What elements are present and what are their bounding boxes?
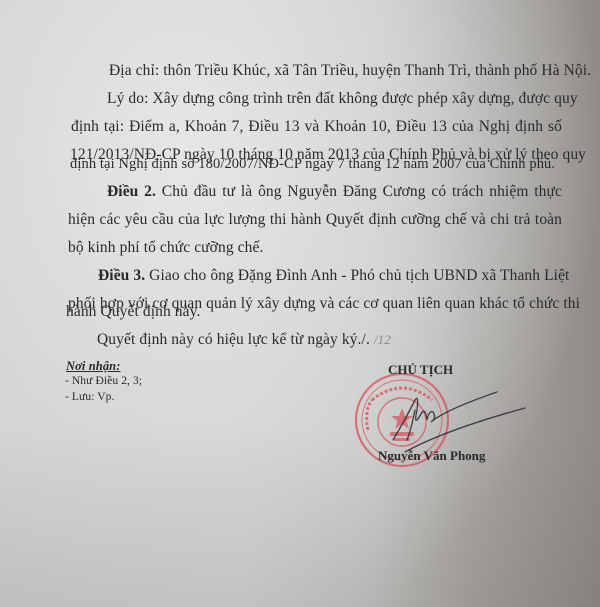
signer-name: Nguyễn Văn Phong bbox=[378, 448, 485, 464]
article-2-line-2: hiện các yêu cầu của lực lượng thi hành … bbox=[68, 208, 562, 232]
reason-line-2: định tại: Điểm a, Khoản 7, Điều 13 và Kh… bbox=[71, 115, 562, 139]
recipient-item-1: - Như Điều 2, 3; bbox=[65, 374, 142, 388]
recipients-title: Nơi nhận: bbox=[66, 358, 121, 374]
article-2-text: Chủ đầu tư là ông Nguyễn Đăng Cương có t… bbox=[156, 183, 562, 200]
address-line: Địa chỉ: thôn Triều Khúc, xã Tân Triều, … bbox=[109, 59, 591, 83]
article-2-line-3: bộ kinh phí tổ chức cưỡng chế. bbox=[68, 236, 263, 260]
article-3-text: Giao cho ông Đặng Đình Anh - Phó chủ tịc… bbox=[145, 267, 569, 284]
article-2-label: Điều 2. bbox=[107, 183, 156, 200]
reason-line-4: định tại Nghị định số 180/2007/NĐ-CP ngà… bbox=[70, 152, 555, 176]
article-2-line-1: Điều 2. Chủ đầu tư là ông Nguyễn Đăng Cư… bbox=[107, 180, 562, 204]
article-3-label: Điều 3. bbox=[98, 267, 145, 284]
effective-text: Quyết định này có hiệu lực kể từ ngày ký… bbox=[97, 331, 370, 348]
handwritten-signature-icon bbox=[385, 370, 535, 460]
handwritten-mark: /12 bbox=[374, 332, 391, 347]
article-3-line-3: hành Quyết định này. bbox=[66, 300, 200, 324]
reason-line-1: Lý do: Xây dựng công trình trên đất khôn… bbox=[107, 87, 562, 111]
recipient-item-2: - Lưu: Vp. bbox=[65, 390, 115, 404]
document-page: Địa chỉ: thôn Triều Khúc, xã Tân Triều, … bbox=[0, 0, 600, 607]
effective-line: Quyết định này có hiệu lực kể từ ngày ký… bbox=[97, 328, 391, 352]
article-3-line-1: Điều 3. Giao cho ông Đặng Đình Anh - Phó… bbox=[98, 264, 560, 288]
